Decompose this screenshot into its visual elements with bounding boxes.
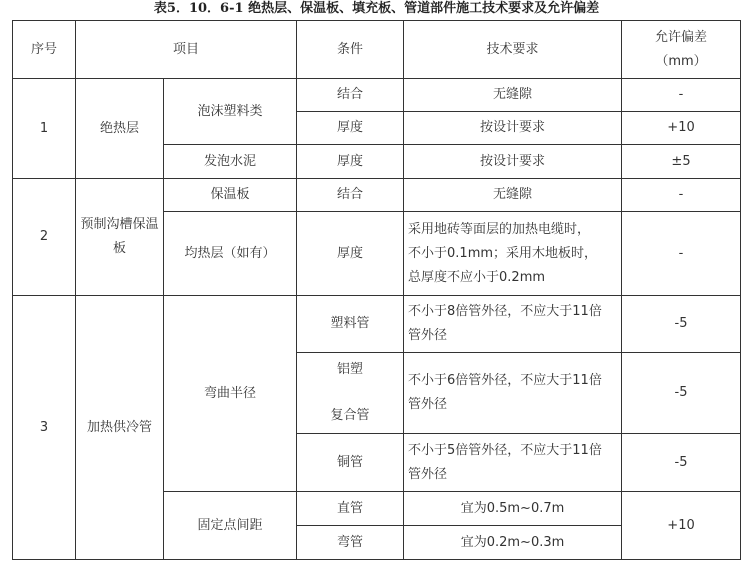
table-row: 2 预制沟槽保温板 保温板 结合 无缝隙 - [13, 179, 741, 212]
header-seq: 序号 [13, 21, 76, 79]
tolerance-cell: - [622, 79, 741, 112]
sub-item-cell: 保温板 [164, 179, 297, 212]
requirement-cell: 按设计要求 [404, 145, 622, 179]
tolerance-cell: - [622, 179, 741, 212]
item-cell: 预制沟槽保温板 [76, 179, 164, 296]
header-tolerance: 允许偏差 （mm） [622, 21, 741, 79]
tolerance-cell: -5 [622, 353, 741, 434]
condition-cell: 弯管 [297, 526, 404, 560]
condition-cell: 铝塑 复合管 [297, 353, 404, 434]
condition-cell: 塑料管 [297, 296, 404, 353]
condition-cell: 铜管 [297, 434, 404, 492]
tolerance-cell: ±5 [622, 145, 741, 179]
item-cell: 加热供冷管 [76, 296, 164, 560]
tolerance-cell: -5 [622, 434, 741, 492]
tolerance-cell: +10 [622, 112, 741, 145]
tolerance-cell: +10 [622, 492, 741, 560]
header-requirement: 技术要求 [404, 21, 622, 79]
condition-cell: 厚度 [297, 212, 404, 296]
seq-cell: 1 [13, 79, 76, 179]
item-cell: 绝热层 [76, 79, 164, 179]
condition-cell: 厚度 [297, 112, 404, 145]
requirement-cell: 采用地砖等面层的加热电缆时， 不小于0.1mm；采用木地板时， 总厚度不应小于0… [404, 212, 622, 296]
condition-cell: 结合 [297, 179, 404, 212]
seq-cell: 2 [13, 179, 76, 296]
spec-table: 序号 项目 条件 技术要求 允许偏差 （mm） 1 绝热层 泡沫塑料类 结合 无… [12, 20, 741, 560]
requirement-cell: 按设计要求 [404, 112, 622, 145]
condition-cell: 厚度 [297, 145, 404, 179]
sub-item-cell: 泡沫塑料类 [164, 79, 297, 145]
table-row: 1 绝热层 泡沫塑料类 结合 无缝隙 - [13, 79, 741, 112]
requirement-cell: 不小于6倍管外径，不应大于11倍 管外径 [404, 353, 622, 434]
tolerance-cell: -5 [622, 296, 741, 353]
seq-cell: 3 [13, 296, 76, 560]
requirement-cell: 不小于8倍管外径，不应大于11倍 管外径 [404, 296, 622, 353]
sub-item-cell: 弯曲半径 [164, 296, 297, 492]
condition-cell: 结合 [297, 79, 404, 112]
table-title: 表5．10．6-1 绝热层、保温板、填充板、管道部件施工技术要求及允许偏差 [0, 0, 753, 20]
header-condition: 条件 [297, 21, 404, 79]
table-row: 3 加热供冷管 弯曲半径 塑料管 不小于8倍管外径，不应大于11倍 管外径 -5 [13, 296, 741, 353]
requirement-cell: 不小于5倍管外径，不应大于11倍 管外径 [404, 434, 622, 492]
sub-item-cell: 均热层（如有） [164, 212, 297, 296]
requirement-cell: 宜为0.5m~0.7m [404, 492, 622, 526]
requirement-cell: 宜为0.2m~0.3m [404, 526, 622, 560]
header-row: 序号 项目 条件 技术要求 允许偏差 （mm） [13, 21, 741, 79]
sub-item-cell: 固定点间距 [164, 492, 297, 560]
header-item: 项目 [76, 21, 297, 79]
condition-cell: 直管 [297, 492, 404, 526]
requirement-cell: 无缝隙 [404, 179, 622, 212]
tolerance-cell: - [622, 212, 741, 296]
requirement-cell: 无缝隙 [404, 79, 622, 112]
sub-item-cell: 发泡水泥 [164, 145, 297, 179]
